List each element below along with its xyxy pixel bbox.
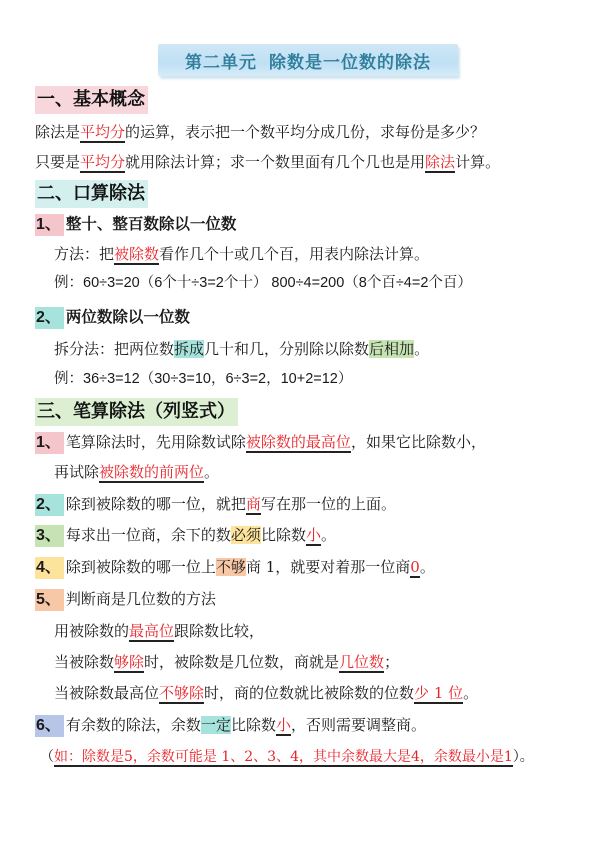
rule-1-line-2: 再试除被除数的前两位。 bbox=[54, 461, 219, 483]
rule-5-line-3: 当被除数最高位不够除时，商的位数就比被除数的位数少 1 位。 bbox=[54, 682, 478, 704]
section-heading-basic-concept: 一、基本概念 bbox=[35, 86, 148, 114]
keyword-average: 平均分 bbox=[80, 123, 125, 143]
rule-3: 3、每求出一位商，余下的数必须比除数小。 bbox=[35, 524, 336, 547]
page-title: 第二单元除数是一位数的除法 bbox=[158, 48, 458, 73]
highlight-split: 拆成 bbox=[174, 340, 204, 358]
item-number: 2、 bbox=[35, 494, 64, 516]
rule-6: 6、有余数的除法，余数一定比除数小，否则需要调整商。 bbox=[35, 714, 426, 737]
rule-5-line-2: 当被除数够除时，被除数是几位数，商就是几位数； bbox=[54, 651, 399, 673]
section-heading-written-division: 三、笔算除法（列竖式） bbox=[35, 398, 238, 426]
item-number: 5、 bbox=[35, 589, 64, 611]
item-number: 2、 bbox=[35, 307, 64, 329]
item-number: 1、 bbox=[35, 432, 64, 454]
highlight-add: 后相加 bbox=[369, 340, 414, 358]
subheading-2: 2、两位数除以一位数 bbox=[35, 306, 190, 329]
concept-line-2: 只要是平均分就用除法计算；求一个数里面有几个几也是用除法计算。 bbox=[35, 151, 500, 173]
example-line-1: 例：60÷3=20（6个十÷3=2个十） 800÷4=200（8个百÷4=2个百… bbox=[54, 272, 472, 294]
rule-5-line-1: 用被除数的最高位跟除数比较， bbox=[54, 620, 264, 642]
topic-label: 除数是一位数的除法 bbox=[269, 53, 431, 73]
subheading-1: 1、整十、整百数除以一位数 bbox=[35, 213, 236, 236]
item-number: 6、 bbox=[35, 715, 64, 737]
method-line-2: 拆分法：把两位数拆成几十和几，分别除以除数后相加。 bbox=[54, 338, 429, 360]
title-banner: 第二单元除数是一位数的除法 bbox=[158, 44, 458, 76]
keyword-average: 平均分 bbox=[80, 153, 125, 173]
rule-4: 4、除到被除数的哪一位上不够商 1，就要对着那一位商0。 bbox=[35, 556, 435, 579]
rule-2: 2、除到被除数的哪一位，就把商写在那一位的上面。 bbox=[35, 493, 396, 516]
rule-5-heading: 5、判断商是几位数的方法 bbox=[35, 588, 216, 611]
item-number: 4、 bbox=[35, 557, 64, 579]
item-number: 3、 bbox=[35, 525, 64, 547]
example-line-2: 例：36÷3=12（30÷3=10，6÷3=2，10+2=12） bbox=[54, 368, 352, 390]
concept-line-1: 除法是平均分的运算，表示把一个数平均分成几份，求每份是多少？ bbox=[35, 121, 485, 143]
method-line-1: 方法：把被除数看作几个十或几个百，用表内除法计算。 bbox=[54, 243, 429, 265]
item-number: 1、 bbox=[35, 214, 64, 236]
keyword-dividend: 被除数 bbox=[114, 245, 159, 265]
rule-1-line-1: 1、笔算除法时，先用除数试除被除数的最高位，如果它比除数小， bbox=[35, 431, 486, 454]
remainder-note: （如：除数是5，余数可能是 1、2、3、4，其中余数最大是4，余数最小是1）。 bbox=[40, 746, 534, 768]
section-heading-oral-division: 二、口算除法 bbox=[35, 180, 148, 208]
keyword-division: 除法 bbox=[425, 153, 455, 173]
unit-label: 第二单元 bbox=[185, 53, 257, 73]
